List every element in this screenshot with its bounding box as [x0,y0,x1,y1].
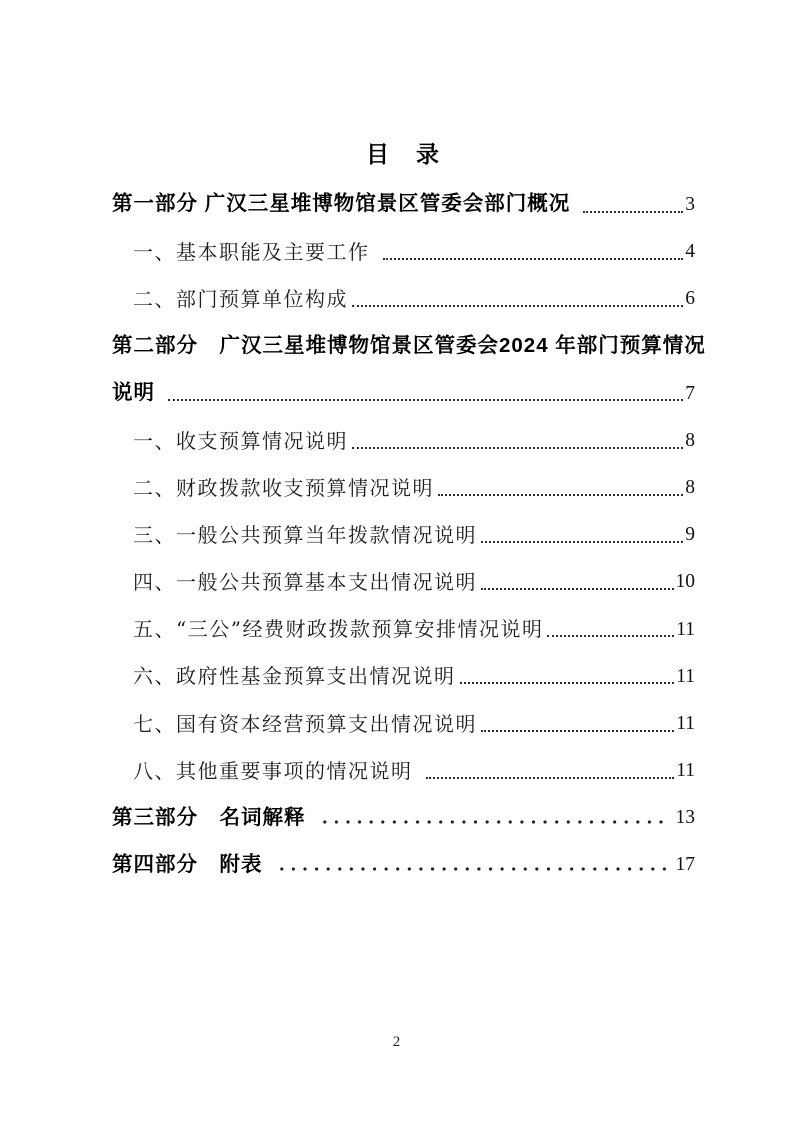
dot-leader [352,447,683,449]
page-title: 目 录 [112,136,695,181]
toc-content: 目 录 第一部分 广汉三星堆博物馆景区管委会部门概况 3 一、基本职能及主要工作… [112,136,695,889]
toc-entry-page: 9 [685,525,695,545]
toc-part1-item2[interactable]: 二、部门预算单位构成 6 [112,275,695,322]
dot-leader [276,864,668,874]
toc-part2-line2[interactable]: 说明 7 [112,370,695,417]
toc-part3[interactable]: 第三部分 名词解释 13 [112,794,695,841]
toc-entry-page: 11 [676,714,695,734]
toc-entry-page: 11 [676,667,695,687]
toc-entry-label: 三、一般公共预算当年拨款情况说明 [133,525,477,545]
dot-leader [481,541,683,543]
toc-entry-label: 四、一般公共预算基本支出情况说明 [133,572,477,592]
dot-leader [460,682,675,684]
toc-part2-item8[interactable]: 八、其他重要事项的情况说明 11 [112,747,695,794]
dot-leader [481,588,674,590]
toc-entry-label: 五、“三公”经费财政拨款预算安排情况说明 [133,619,543,639]
toc-entry-page: 10 [676,572,696,592]
toc-part2-item2[interactable]: 二、财政拨款收支预算情况说明 8 [112,464,695,511]
toc-part2-item3[interactable]: 三、一般公共预算当年拨款情况说明 9 [112,511,695,558]
toc-entry-page: 6 [685,289,695,309]
toc-entry-label: 二、财政拨款收支预算情况说明 [133,478,434,498]
toc-entry-label: 二、部门预算单位构成 [133,289,348,309]
toc-entry-page: 7 [685,384,695,404]
dot-leader [583,211,683,213]
dot-leader [352,305,683,307]
toc-entry-label: 一、基本职能及主要工作 [133,242,370,262]
toc-part2-item5[interactable]: 五、“三公”经费财政拨款预算安排情况说明 11 [112,606,695,653]
dot-leader [438,494,683,496]
toc-entry-label: 第二部分 广汉三星堆博物馆景区管委会2024 年部门预算情况 [112,336,706,357]
toc-entry-label: 第四部分 附表 [112,855,263,876]
toc-part2-item1[interactable]: 一、收支预算情况说明 8 [112,417,695,464]
dot-leader [481,730,674,732]
footer-page-number: 2 [0,1034,793,1051]
dot-leader [319,817,668,827]
toc-part4[interactable]: 第四部分 附表 17 [112,842,695,889]
dot-leader [383,258,684,260]
toc-part2-item4[interactable]: 四、一般公共预算基本支出情况说明 10 [112,559,695,606]
toc-entry-label: 第三部分 名词解释 [112,808,306,829]
toc-part1-item1[interactable]: 一、基本职能及主要工作 4 [112,228,695,275]
toc-entry-page: 11 [676,761,695,781]
dot-leader [168,399,683,401]
toc-entry-page: 11 [676,620,695,640]
toc-entry-page: 4 [685,242,695,262]
toc-entry-page: 8 [685,478,695,498]
toc-entry-page: 17 [676,855,696,875]
toc-entry-label: 说明 [112,383,155,404]
dot-leader [426,777,675,779]
toc-entry-page: 13 [676,808,696,828]
toc-entry-label: 一、收支预算情况说明 [133,431,348,451]
toc-entry-page: 8 [685,431,695,451]
toc-part2-item6[interactable]: 六、政府性基金预算支出情况说明 11 [112,653,695,700]
toc-part2-line1[interactable]: 第二部分 广汉三星堆博物馆景区管委会2024 年部门预算情况 [112,323,695,370]
toc-part2-item7[interactable]: 七、国有资本经营预算支出情况说明 11 [112,700,695,747]
document-page: 目 录 第一部分 广汉三星堆博物馆景区管委会部门概况 3 一、基本职能及主要工作… [0,0,793,1122]
toc-entry-label: 第一部分 广汉三星堆博物馆景区管委会部门概况 [112,194,570,215]
toc-entry-page: 3 [685,195,695,215]
toc-entry-label: 六、政府性基金预算支出情况说明 [133,666,456,686]
toc-entry-label: 八、其他重要事项的情况说明 [133,761,413,781]
toc-part1[interactable]: 第一部分 广汉三星堆博物馆景区管委会部门概况 3 [112,181,695,228]
dot-leader [547,635,674,637]
toc-entry-label: 七、国有资本经营预算支出情况说明 [133,714,477,734]
